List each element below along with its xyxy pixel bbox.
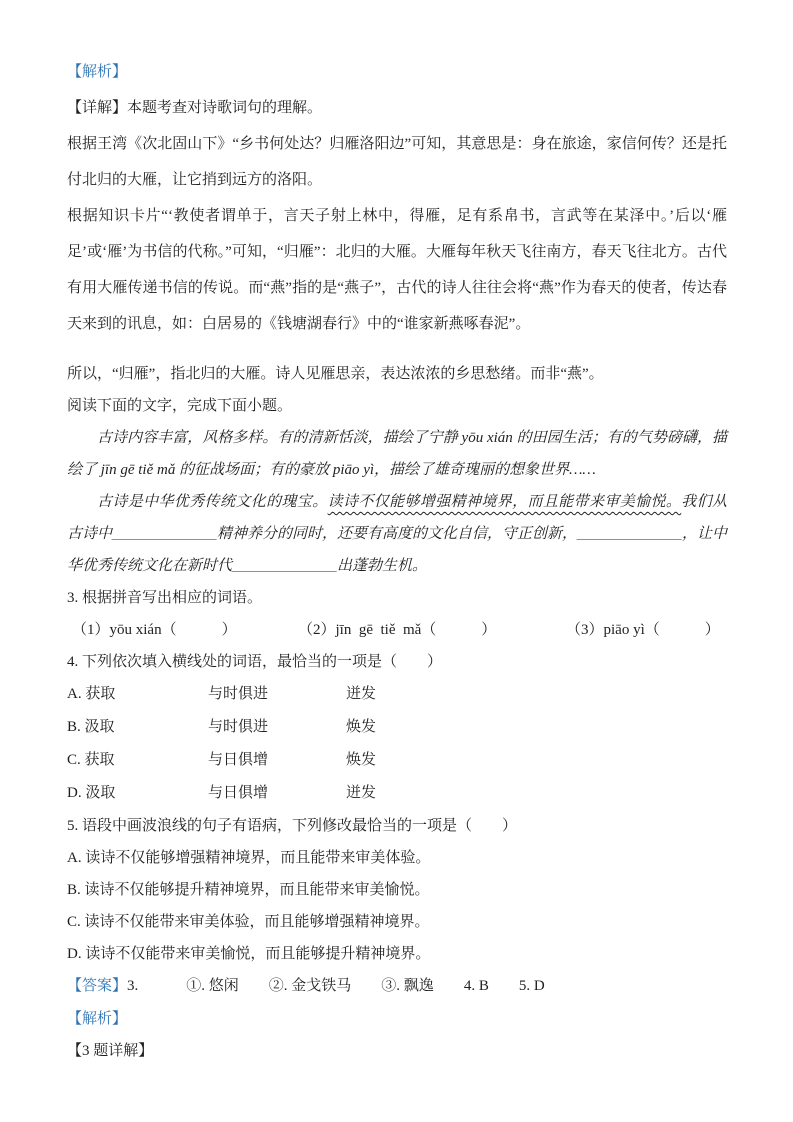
- q5-option-a: A. 读诗不仅能够增强精神境界，而且能带来审美体验。: [67, 842, 727, 874]
- analysis-header: 【解析】: [67, 54, 727, 90]
- q3-item-1: （1）yōu xián（ ）: [67, 614, 293, 646]
- q4-a-word3: 迸发: [346, 678, 727, 711]
- wavy-underlined-sentence: 读诗不仅能够增强精神境界，而且能带来审美愉悦。: [328, 494, 682, 510]
- question-4-stem: 4. 下列依次填入横线处的词语，最恰当的一项是（ ）: [67, 646, 727, 678]
- question-5-stem: 5. 语段中画波浪线的句子有语病，下列修改最恰当的一项是（ ）: [67, 810, 727, 842]
- q4-option-row-b: B. 汲取 与时俱进 焕发: [67, 711, 727, 744]
- question-3-items: （1）yōu xián（ ） （2）jīn gē tiě mǎ（ ） （3）pi…: [67, 614, 727, 646]
- q4-a-word1: A. 获取: [67, 678, 208, 711]
- answer-line: 【答案】 3. ①. 悠闲 ②. 金戈铁马 ③. 飘逸 4. B 5. D: [67, 970, 727, 1003]
- paragraph-conclusion: 所以，“归雁”，指北归的大雁。诗人见雁思亲，表达浓浓的乡思愁绪。而非“燕”。: [67, 358, 727, 390]
- q4-d-word1: D. 汲取: [67, 777, 208, 810]
- passage-paragraph-1: 古诗内容丰富，风格多样。有的清新恬淡，描绘了宁静 yōu xián 的田园生活；…: [67, 422, 727, 486]
- q3-detail-header: 【3 题详解】: [67, 1035, 727, 1067]
- q4-option-row-a: A. 获取 与时俱进 迸发: [67, 678, 727, 711]
- q4-option-row-d: D. 汲取 与日俱增 迸发: [67, 777, 727, 810]
- answer-q3-item1: ①. 悠闲: [186, 970, 239, 1003]
- q4-b-word3: 焕发: [346, 711, 727, 744]
- q4-a-word2: 与时俱进: [208, 678, 346, 711]
- paragraph-knowledge-card: 根据知识卡片“‘教使者谓单于，言天子射上林中，得雁，足有系帛书，言武等在某泽中。…: [67, 198, 727, 342]
- answer-q5: 5. D: [519, 970, 545, 1003]
- q4-c-word3: 焕发: [346, 744, 727, 777]
- answer-q3-number: 3.: [127, 970, 138, 1003]
- q4-b-word1: B. 汲取: [67, 711, 208, 744]
- answer-label: 【答案】: [67, 970, 127, 1003]
- passage-2-segment-1: 古诗是中华优秀传统文化的瑰宝。: [97, 494, 328, 510]
- q3-item-2: （2）jīn gē tiě mǎ（ ）: [293, 614, 561, 646]
- q4-d-word3: 迸发: [346, 777, 727, 810]
- passage-paragraph-2: 古诗是中华优秀传统文化的瑰宝。读诗不仅能够增强精神境界，而且能带来审美愉悦。我们…: [67, 486, 727, 582]
- analysis-header-2: 【解析】: [67, 1003, 727, 1035]
- q4-option-row-c: C. 获取 与日俱增 焕发: [67, 744, 727, 777]
- q5-option-c: C. 读诗不仅能带来审美体验，而且能够增强精神境界。: [67, 906, 727, 938]
- q5-option-b: B. 读诗不仅能够提升精神境界，而且能带来审美愉悦。: [67, 874, 727, 906]
- answer-q3-item2: ②. 金戈铁马: [269, 970, 352, 1003]
- detail-note-paragraph: 【详解】本题考查对诗歌词句的理解。: [67, 90, 727, 126]
- q4-c-word2: 与日俱增: [208, 744, 346, 777]
- answer-q3-item3: ③. 飘逸: [381, 970, 434, 1003]
- document-page: 【解析】 【详解】本题考查对诗歌词句的理解。 根据王湾《次北固山下》“乡书何处达…: [0, 0, 793, 1122]
- reading-instruction: 阅读下面的文字，完成下面小题。: [67, 390, 727, 422]
- q4-d-word2: 与日俱增: [208, 777, 346, 810]
- q4-c-word1: C. 获取: [67, 744, 208, 777]
- q3-item-3: （3）piāo yì（ ）: [561, 614, 727, 646]
- q5-option-d: D. 读诗不仅能带来审美愉悦，而且能够提升精神境界。: [67, 938, 727, 970]
- paragraph-wangwan-poem: 根据王湾《次北固山下》“乡书何处达？归雁洛阳边”可知，其意思是：身在旅途，家信何…: [67, 126, 727, 198]
- question-3-stem: 3. 根据拼音写出相应的词语。: [67, 582, 727, 614]
- q4-b-word2: 与时俱进: [208, 711, 346, 744]
- answer-q4: 4. B: [464, 970, 489, 1003]
